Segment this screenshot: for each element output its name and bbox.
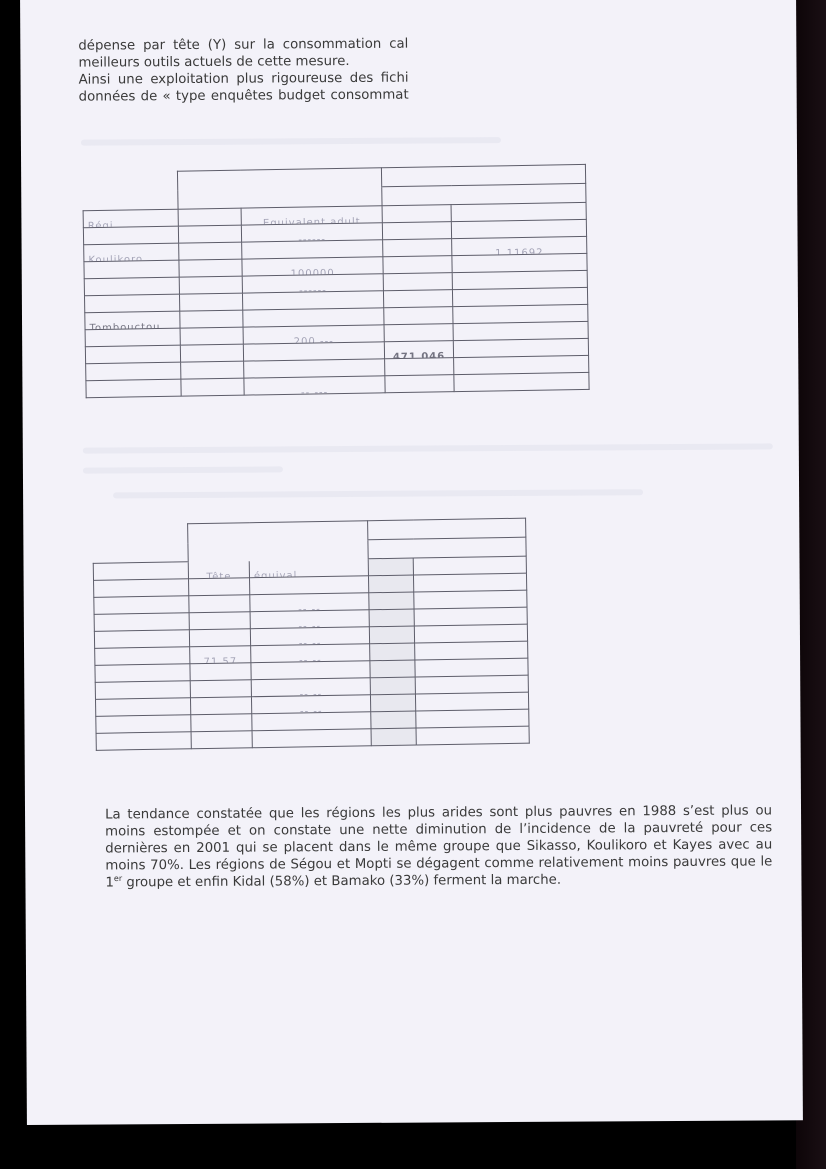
faint-text <box>113 489 643 498</box>
conclusion-paragraph: La tendance constatée que les régions le… <box>105 802 773 891</box>
document-page: dépense par tête (Y) sur la consommation… <box>20 0 803 1125</box>
text-line: dépense par tête (Y) sur la consommation… <box>78 36 408 55</box>
faint-text <box>83 443 773 453</box>
text-line: meilleurs outils actuels de cette mesure… <box>78 53 408 72</box>
text-line: 1er groupe et enfin Kidal (58%) et Bamak… <box>105 870 772 891</box>
faint-text <box>81 137 501 146</box>
text-line: données de « type enquêtes budget consom… <box>79 87 409 106</box>
intro-paragraph: dépense par tête (Y) sur la consommation… <box>78 36 408 106</box>
faint-text <box>83 466 283 473</box>
table-1: Régi Equivalent adult ------ Koulikoro 1… <box>82 164 590 398</box>
table-2: Tête équival -- -- --,-- --,-- 71,57 -- … <box>92 518 530 751</box>
text-line: Ainsi une exploitation plus rigoureuse d… <box>78 70 408 89</box>
